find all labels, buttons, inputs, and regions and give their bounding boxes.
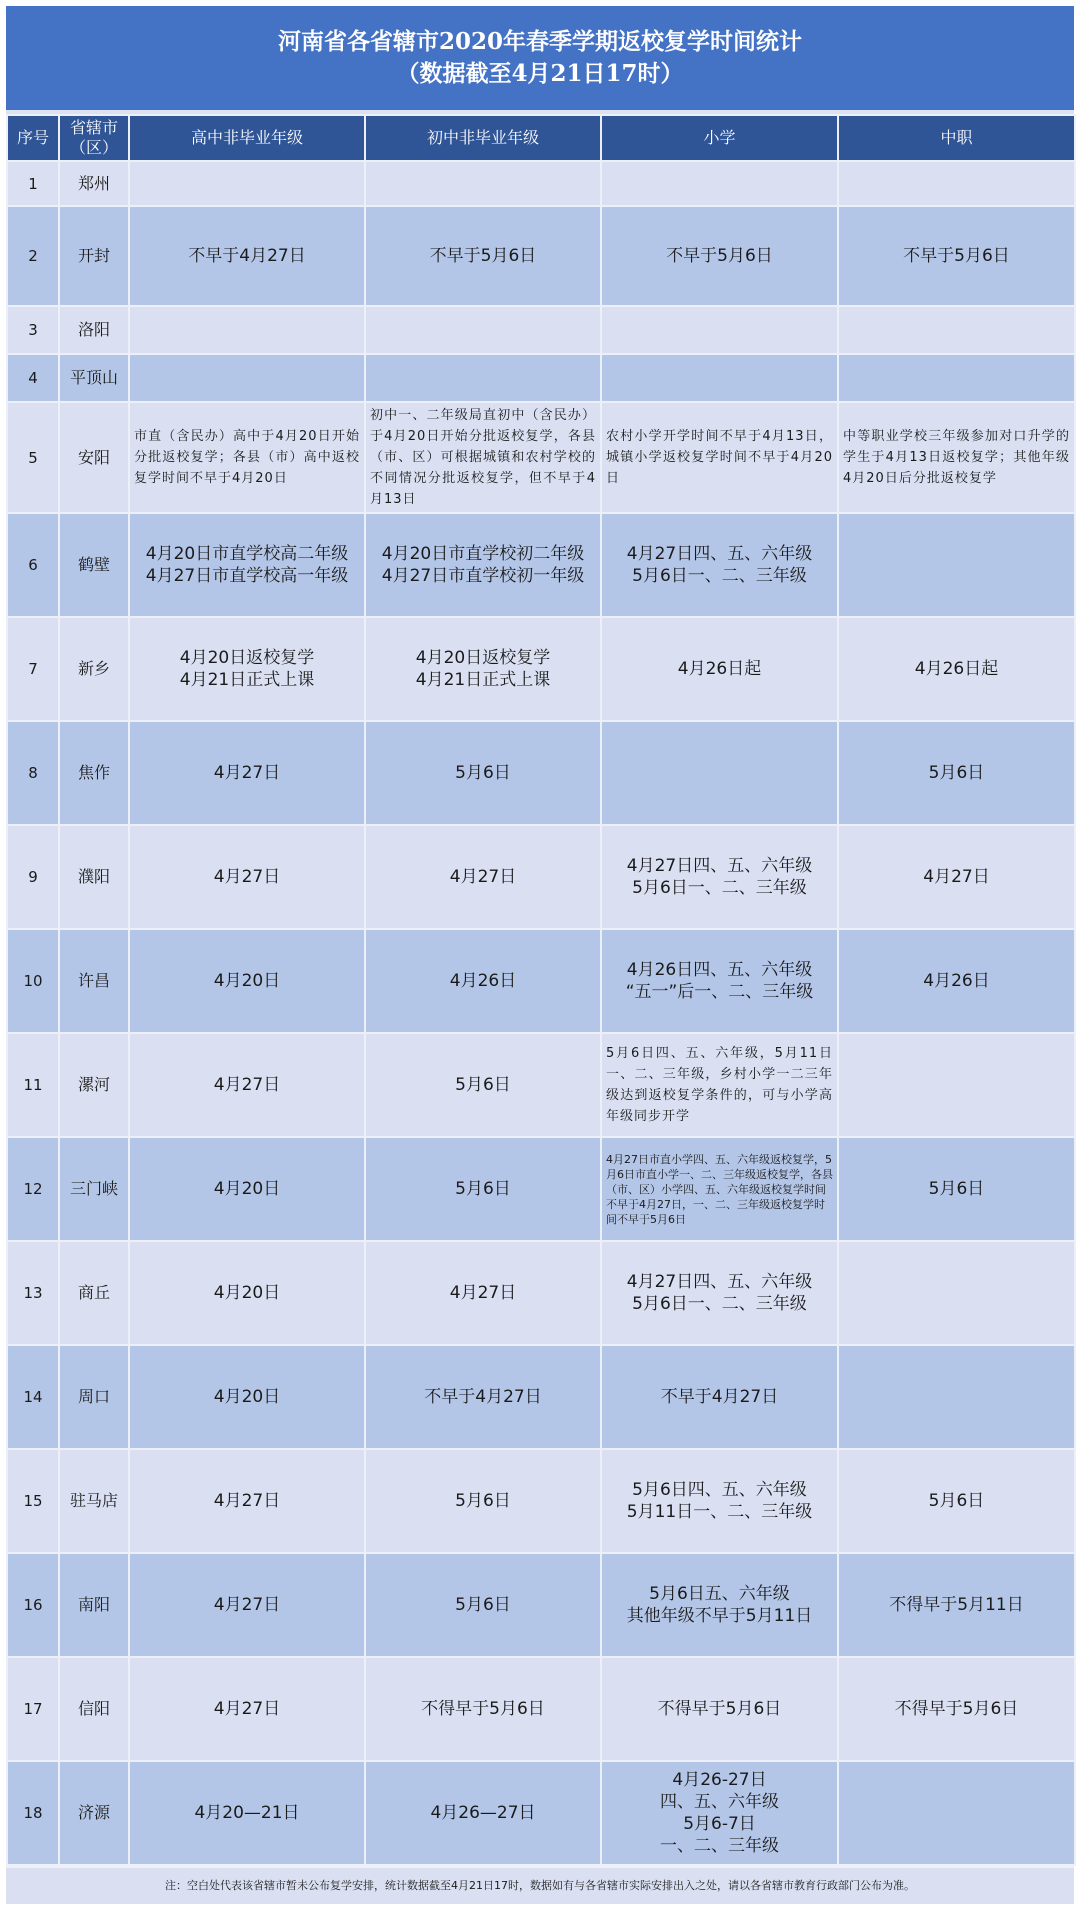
cell-city: 信阳 [59,1657,129,1761]
cell-index: 3 [7,306,59,354]
cell-text-line: 4月27日 [134,1074,360,1096]
cell-middle: 不得早于5月6日 [365,1657,601,1761]
cell-high: 4月27日 [129,1657,365,1761]
cell-text-line: 不得早于5月6日 [843,1698,1070,1720]
cell-index: 12 [7,1137,59,1241]
cell-middle: 4月20日返校复学4月21日正式上课 [365,617,601,721]
cell-city: 濮阳 [59,825,129,929]
cell-high: 4月20日 [129,929,365,1033]
cell-text-line: 4月20日 [134,1386,360,1408]
cell-text-line: 其他年级不早于5月11日 [606,1605,833,1627]
col-header-city-line2: （区） [64,138,124,158]
cell-primary: 不早于5月6日 [601,206,838,306]
cell-high: 4月20—21日 [129,1761,365,1865]
cell-text-line: 5月6日 [843,1490,1070,1512]
cell-text-line: 5月6日 [370,1178,596,1200]
cell-vocational: 4月26日 [838,929,1075,1033]
cell-middle: 不早于5月6日 [365,206,601,306]
cell-text-line: 4月27日市直学校高一年级 [134,565,360,587]
cell-text-line: 4月20日返校复学 [370,647,596,669]
cell-text-line: 中等职业学校三年级参加对口升学的学生于4月13日返校复学；其他年级4月20日后分… [843,426,1070,489]
cell-index: 15 [7,1449,59,1553]
school-reopening-table: 序号 省辖市 （区） 高中非毕业年级 初中非毕业年级 小学 中职 1郑州2开封不… [6,114,1076,1866]
cell-high: 4月27日 [129,1033,365,1137]
cell-vocational: 4月26日起 [838,617,1075,721]
cell-middle [365,161,601,206]
col-header-city: 省辖市 （区） [59,115,129,161]
cell-high: 市直（含民办）高中于4月20日开始分批返校复学；各县（市）高中返校复学时间不早于… [129,402,365,513]
cell-text-line: 农村小学开学时间不早于4月13日，城镇小学返校复学时间不早于4月20日 [606,426,833,489]
cell-text-line: 4月20日返校复学 [134,647,360,669]
cell-index: 10 [7,929,59,1033]
cell-primary: 农村小学开学时间不早于4月13日，城镇小学返校复学时间不早于4月20日 [601,402,838,513]
cell-text-line: 5月6日 [370,1074,596,1096]
cell-high [129,354,365,402]
cell-text-line: 4月27日 [134,762,360,784]
cell-text-line: 不早于4月27日 [606,1386,833,1408]
col-header-index: 序号 [7,115,59,161]
cell-city: 郑州 [59,161,129,206]
cell-text-line: 4月21日正式上课 [134,669,360,691]
cell-text-line: 不得早于5月11日 [843,1594,1070,1616]
cell-middle [365,306,601,354]
cell-vocational: 不得早于5月6日 [838,1657,1075,1761]
cell-middle: 5月6日 [365,1033,601,1137]
cell-city: 漯河 [59,1033,129,1137]
cell-text-line: 不早于5月6日 [843,245,1070,267]
cell-text-line: 4月27日 [134,866,360,888]
cell-text-line: 4月27日四、五、六年级 [606,543,833,565]
table-row: 13商丘4月20日4月27日4月27日四、五、六年级5月6日一、二、三年级 [7,1241,1075,1345]
cell-text-line: 4月27日 [134,1490,360,1512]
col-header-middle-school: 初中非毕业年级 [365,115,601,161]
cell-text-line: 4月20日市直学校高二年级 [134,543,360,565]
cell-text-line: 4月26日起 [606,658,833,680]
cell-vocational [838,513,1075,617]
cell-city: 开封 [59,206,129,306]
cell-city: 周口 [59,1345,129,1449]
page-title: 河南省各省辖市2020年春季学期返校复学时间统计 [278,26,802,58]
cell-primary: 4月26-27日四、五、六年级5月6-7日一、二、三年级 [601,1761,838,1865]
cell-high [129,161,365,206]
cell-primary [601,306,838,354]
cell-city: 南阳 [59,1553,129,1657]
table-row: 17信阳4月27日不得早于5月6日不得早于5月6日不得早于5月6日 [7,1657,1075,1761]
cell-primary: 4月27日市直小学四、五、六年级返校复学，5月6日市直小学一、二、三年级返校复学… [601,1137,838,1241]
cell-high: 4月27日 [129,1553,365,1657]
page-subtitle: （数据截至4月21日17时） [396,58,683,90]
cell-index: 9 [7,825,59,929]
cell-middle: 4月27日 [365,825,601,929]
cell-index: 2 [7,206,59,306]
cell-vocational: 不早于5月6日 [838,206,1075,306]
cell-high: 4月20日市直学校高二年级4月27日市直学校高一年级 [129,513,365,617]
cell-index: 8 [7,721,59,825]
table-row: 16南阳4月27日5月6日5月6日五、六年级其他年级不早于5月11日不得早于5月… [7,1553,1075,1657]
cell-text-line: “五一”后一、二、三年级 [606,981,833,1003]
table-row: 7新乡4月20日返校复学4月21日正式上课4月20日返校复学4月21日正式上课4… [7,617,1075,721]
cell-primary: 不早于4月27日 [601,1345,838,1449]
cell-text-line: 4月27日 [370,1282,596,1304]
cell-text-line: 5月6日一、二、三年级 [606,565,833,587]
cell-text-line: 4月20日市直学校初二年级 [370,543,596,565]
cell-text-line: 4月20日 [134,970,360,992]
cell-text-line: 5月6日四、五、六年级 [606,1479,833,1501]
cell-vocational [838,161,1075,206]
cell-text-line: 不得早于5月6日 [370,1698,596,1720]
cell-high: 不早于4月27日 [129,206,365,306]
cell-text-line: 不早于5月6日 [370,245,596,267]
cell-vocational: 4月27日 [838,825,1075,929]
cell-primary: 5月6日五、六年级其他年级不早于5月11日 [601,1553,838,1657]
cell-high: 4月27日 [129,1449,365,1553]
cell-text-line: 4月26日起 [843,658,1070,680]
cell-index: 5 [7,402,59,513]
cell-primary: 4月26日起 [601,617,838,721]
cell-text-line: 5月6日一、二、三年级 [606,877,833,899]
cell-vocational [838,1033,1075,1137]
cell-text-line: 5月6日五、六年级 [606,1583,833,1605]
title-banner: 河南省各省辖市2020年春季学期返校复学时间统计 （数据截至4月21日17时） [6,6,1074,114]
table-row: 10许昌4月20日4月26日4月26日四、五、六年级“五一”后一、二、三年级4月… [7,929,1075,1033]
table-row: 4平顶山 [7,354,1075,402]
cell-city: 安阳 [59,402,129,513]
table-row: 9濮阳4月27日4月27日4月27日四、五、六年级5月6日一、二、三年级4月27… [7,825,1075,929]
cell-high: 4月20日 [129,1345,365,1449]
cell-text-line: 不得早于5月6日 [606,1698,833,1720]
cell-middle: 4月26—27日 [365,1761,601,1865]
table-row: 3洛阳 [7,306,1075,354]
cell-vocational: 5月6日 [838,1137,1075,1241]
cell-middle: 5月6日 [365,721,601,825]
cell-primary [601,161,838,206]
table-row: 1郑州 [7,161,1075,206]
table-row: 11漯河4月27日5月6日5月6日四、五、六年级，5月11日一、二、三年级，乡村… [7,1033,1075,1137]
cell-vocational: 不得早于5月11日 [838,1553,1075,1657]
cell-text-line: 4月20日 [134,1282,360,1304]
cell-middle: 初中一、二年级局直初中（含民办）于4月20日开始分批返校复学，各县（市、区）可根… [365,402,601,513]
cell-text-line: 5月6日 [843,762,1070,784]
cell-text-line: 四、五、六年级 [606,1791,833,1813]
cell-high [129,306,365,354]
cell-index: 7 [7,617,59,721]
cell-index: 16 [7,1553,59,1657]
cell-index: 1 [7,161,59,206]
cell-high: 4月20日 [129,1137,365,1241]
cell-text-line: 4月26日四、五、六年级 [606,959,833,981]
cell-text-line: 4月20—21日 [134,1802,360,1824]
table-row: 8焦作4月27日5月6日5月6日 [7,721,1075,825]
cell-index: 18 [7,1761,59,1865]
cell-text-line: 4月26-27日 [606,1769,833,1791]
cell-text-line: 市直（含民办）高中于4月20日开始分批返校复学；各县（市）高中返校复学时间不早于… [134,426,360,489]
table-body: 1郑州2开封不早于4月27日不早于5月6日不早于5月6日不早于5月6日3洛阳4平… [7,161,1075,1865]
cell-city: 焦作 [59,721,129,825]
table-row: 5安阳市直（含民办）高中于4月20日开始分批返校复学；各县（市）高中返校复学时间… [7,402,1075,513]
cell-primary: 5月6日四、五、六年级，5月11日一、二、三年级，乡村小学一二三年级达到返校复学… [601,1033,838,1137]
cell-index: 14 [7,1345,59,1449]
cell-high: 4月20日 [129,1241,365,1345]
cell-text-line: 4月21日正式上课 [370,669,596,691]
cell-text-line: 4月27日市直小学四、五、六年级返校复学，5月6日市直小学一、二、三年级返校复学… [606,1152,833,1227]
cell-text-line: 4月26日 [370,970,596,992]
cell-city: 济源 [59,1761,129,1865]
col-header-primary-school: 小学 [601,115,838,161]
cell-city: 许昌 [59,929,129,1033]
cell-primary: 4月27日四、五、六年级5月6日一、二、三年级 [601,1241,838,1345]
table-header-row: 序号 省辖市 （区） 高中非毕业年级 初中非毕业年级 小学 中职 [7,115,1075,161]
cell-middle [365,354,601,402]
col-header-city-line1: 省辖市 [64,118,124,138]
cell-text-line: 5月6日 [843,1178,1070,1200]
table-row: 15驻马店4月27日5月6日5月6日四、五、六年级5月11日一、二、三年级5月6… [7,1449,1075,1553]
cell-text-line: 4月27日 [843,866,1070,888]
cell-primary [601,354,838,402]
cell-middle: 4月26日 [365,929,601,1033]
cell-middle: 5月6日 [365,1449,601,1553]
cell-city: 平顶山 [59,354,129,402]
cell-text-line: 4月27日四、五、六年级 [606,855,833,877]
cell-middle: 4月27日 [365,1241,601,1345]
cell-city: 驻马店 [59,1449,129,1553]
cell-vocational: 5月6日 [838,1449,1075,1553]
cell-city: 三门峡 [59,1137,129,1241]
col-header-high-school: 高中非毕业年级 [129,115,365,161]
cell-vocational: 5月6日 [838,721,1075,825]
page: 河南省各省辖市2020年春季学期返校复学时间统计 （数据截至4月21日17时） … [6,6,1074,1904]
cell-primary: 5月6日四、五、六年级5月11日一、二、三年级 [601,1449,838,1553]
cell-text-line: 4月27日 [370,866,596,888]
cell-index: 6 [7,513,59,617]
col-header-vocational: 中职 [838,115,1075,161]
cell-vocational [838,306,1075,354]
cell-text-line: 4月26—27日 [370,1802,596,1824]
cell-text-line: 4月20日 [134,1178,360,1200]
cell-primary [601,721,838,825]
cell-vocational [838,1761,1075,1865]
cell-text-line: 5月6日四、五、六年级，5月11日一、二、三年级，乡村小学一二三年级达到返校复学… [606,1043,833,1127]
cell-index: 17 [7,1657,59,1761]
cell-text-line: 初中一、二年级局直初中（含民办）于4月20日开始分批返校复学，各县（市、区）可根… [370,405,596,510]
cell-text-line: 4月27日市直学校初一年级 [370,565,596,587]
cell-high: 4月27日 [129,721,365,825]
cell-index: 4 [7,354,59,402]
cell-middle: 5月6日 [365,1553,601,1657]
cell-text-line: 不早于4月27日 [370,1386,596,1408]
cell-vocational [838,1241,1075,1345]
cell-primary: 4月27日四、五、六年级5月6日一、二、三年级 [601,513,838,617]
cell-index: 13 [7,1241,59,1345]
table-row: 18济源4月20—21日4月26—27日4月26-27日四、五、六年级5月6-7… [7,1761,1075,1865]
cell-text-line: 5月6日一、二、三年级 [606,1293,833,1315]
cell-city: 商丘 [59,1241,129,1345]
table-row: 2开封不早于4月27日不早于5月6日不早于5月6日不早于5月6日 [7,206,1075,306]
footnote: 注：空白处代表该省辖市暂未公布复学安排，统计数据截至4月21日17时，数据如有与… [6,1866,1074,1904]
cell-city: 鹤壁 [59,513,129,617]
cell-text-line: 5月11日一、二、三年级 [606,1501,833,1523]
cell-text-line: 4月27日 [134,1594,360,1616]
cell-text-line: 不早于4月27日 [134,245,360,267]
table-row: 12三门峡4月20日5月6日4月27日市直小学四、五、六年级返校复学，5月6日市… [7,1137,1075,1241]
cell-text-line: 5月6日 [370,762,596,784]
cell-vocational: 中等职业学校三年级参加对口升学的学生于4月13日返校复学；其他年级4月20日后分… [838,402,1075,513]
table-row: 6鹤壁4月20日市直学校高二年级4月27日市直学校高一年级4月20日市直学校初二… [7,513,1075,617]
cell-text-line: 4月26日 [843,970,1070,992]
cell-city: 新乡 [59,617,129,721]
cell-primary: 不得早于5月6日 [601,1657,838,1761]
cell-text-line: 4月27日 [134,1698,360,1720]
cell-vocational [838,354,1075,402]
cell-index: 11 [7,1033,59,1137]
cell-text-line: 不早于5月6日 [606,245,833,267]
cell-vocational [838,1345,1075,1449]
cell-text-line: 一、二、三年级 [606,1835,833,1857]
cell-city: 洛阳 [59,306,129,354]
cell-text-line: 4月27日四、五、六年级 [606,1271,833,1293]
cell-primary: 4月26日四、五、六年级“五一”后一、二、三年级 [601,929,838,1033]
cell-primary: 4月27日四、五、六年级5月6日一、二、三年级 [601,825,838,929]
cell-high: 4月27日 [129,825,365,929]
cell-middle: 5月6日 [365,1137,601,1241]
cell-text-line: 5月6日 [370,1490,596,1512]
cell-high: 4月20日返校复学4月21日正式上课 [129,617,365,721]
cell-middle: 4月20日市直学校初二年级4月27日市直学校初一年级 [365,513,601,617]
table-row: 14周口4月20日不早于4月27日不早于4月27日 [7,1345,1075,1449]
cell-text-line: 5月6-7日 [606,1813,833,1835]
cell-middle: 不早于4月27日 [365,1345,601,1449]
cell-text-line: 5月6日 [370,1594,596,1616]
